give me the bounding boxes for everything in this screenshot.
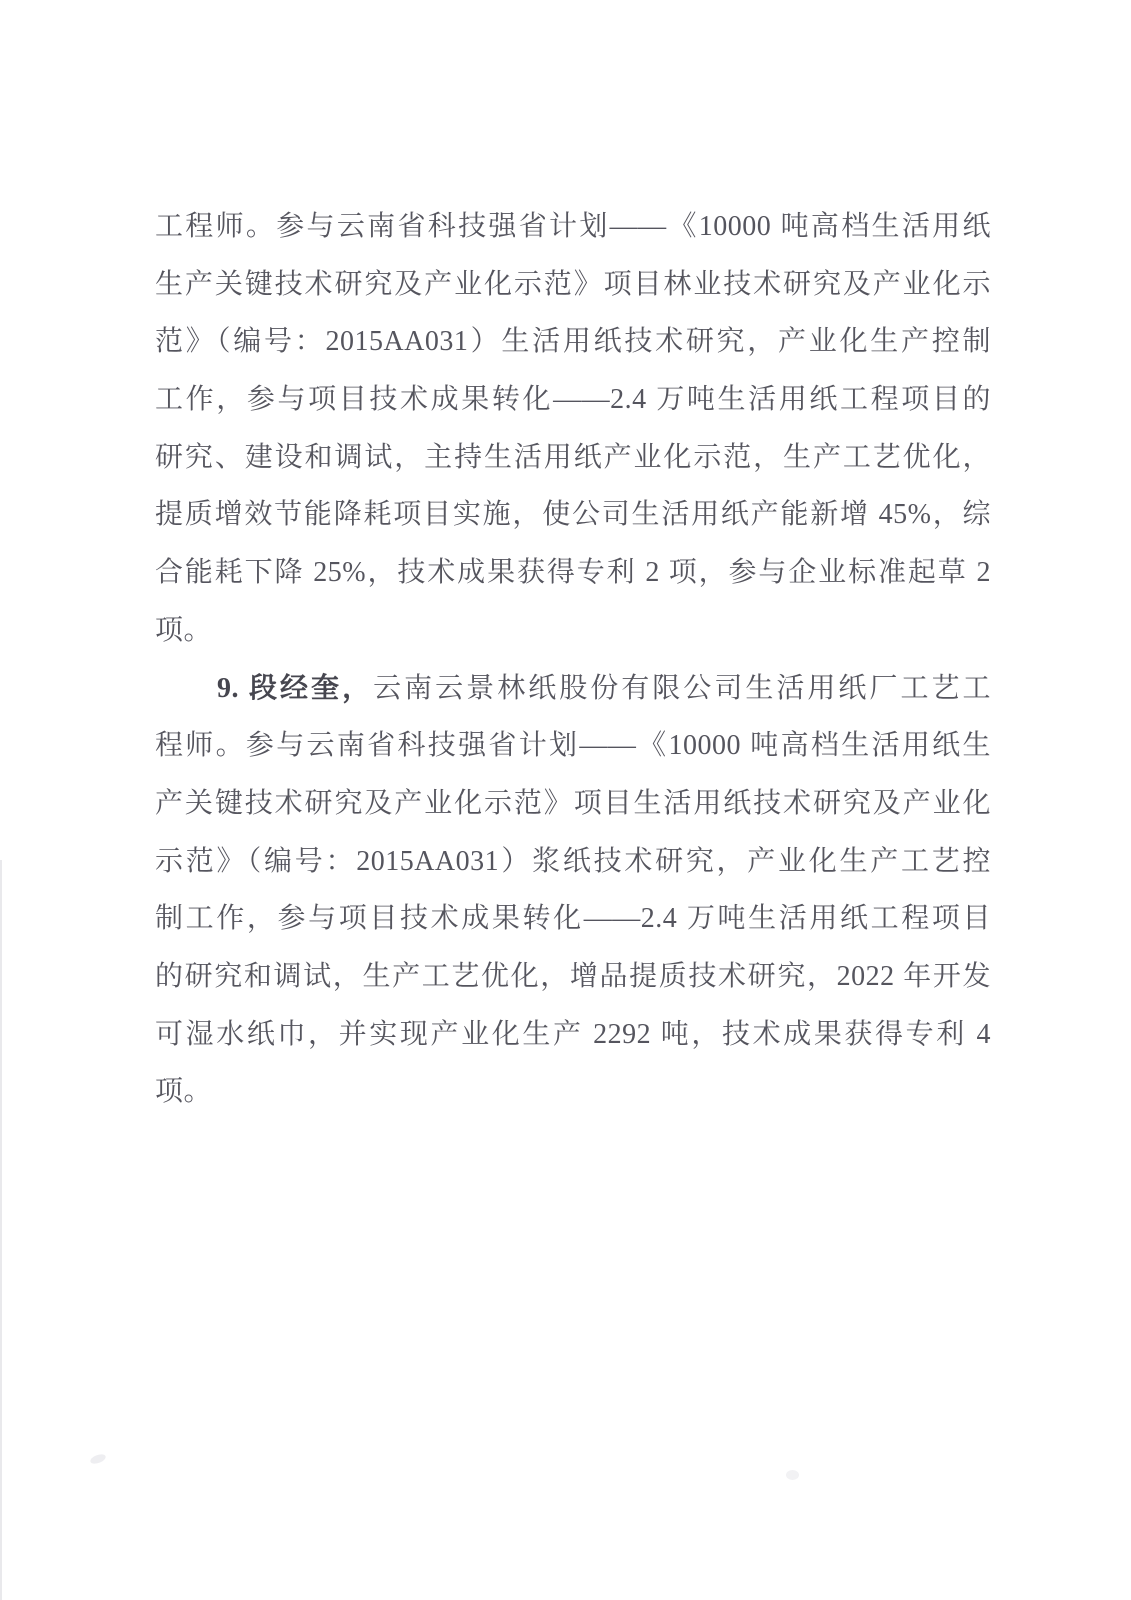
text-run: 云南云景林纸股份有限公司生活用纸厂工艺工 bbox=[373, 673, 991, 704]
text-line: 生产关键技术研究及产业化示范》项目林业技术研究及产业化示 bbox=[155, 256, 991, 314]
text-line: 的研究和调试，生产工艺优化，增品提质技术研究，2022 年开发 bbox=[155, 948, 991, 1006]
text-line: 研究、建设和调试，主持生活用纸产业化示范，生产工艺优化， bbox=[155, 429, 991, 487]
text-line: 制工作，参与项目技术成果转化——2.4 万吨生活用纸工程项目 bbox=[155, 890, 991, 948]
text-line: 程师。参与云南省科技强省计划——《10000 吨高档生活用纸生 bbox=[155, 717, 991, 775]
text-line: 工程师。参与云南省科技强省计划——《10000 吨高档生活用纸 bbox=[155, 198, 991, 256]
paragraph-end-line: 项。 bbox=[155, 602, 991, 660]
text-line: 产关键技术研究及产业化示范》项目生活用纸技术研究及产业化 bbox=[155, 775, 991, 833]
paragraph-start-line: 9. 段经奎，云南云景林纸股份有限公司生活用纸厂工艺工 bbox=[155, 660, 991, 718]
text-line: 可湿水纸巾，并实现产业化生产 2292 吨，技术成果获得专利 4 bbox=[155, 1006, 991, 1064]
entry-number-and-name: 9. 段经奎， bbox=[217, 673, 373, 704]
text-line: 示范》（编号：2015AA031）浆纸技术研究，产业化生产工艺控 bbox=[155, 833, 991, 891]
text-line: 范》（编号：2015AA031）生活用纸技术研究，产业化生产控制 bbox=[155, 313, 991, 371]
document-page: 工程师。参与云南省科技强省计划——《10000 吨高档生活用纸 生产关键技术研究… bbox=[0, 0, 1131, 1600]
paragraph-end-line: 项。 bbox=[155, 1063, 991, 1121]
text-block: 工程师。参与云南省科技强省计划——《10000 吨高档生活用纸 生产关键技术研究… bbox=[155, 198, 991, 1121]
text-line: 合能耗下降 25%，技术成果获得专利 2 项，参与企业标准起草 2 bbox=[155, 544, 991, 602]
text-line: 工作，参与项目技术成果转化——2.4 万吨生活用纸工程项目的 bbox=[155, 371, 991, 429]
scan-edge-artifact bbox=[0, 860, 2, 1600]
text-line: 提质增效节能降耗项目实施，使公司生活用纸产能新增 45%，综 bbox=[155, 486, 991, 544]
scan-smudge bbox=[89, 1453, 107, 1466]
scan-smudge bbox=[786, 1470, 799, 1480]
